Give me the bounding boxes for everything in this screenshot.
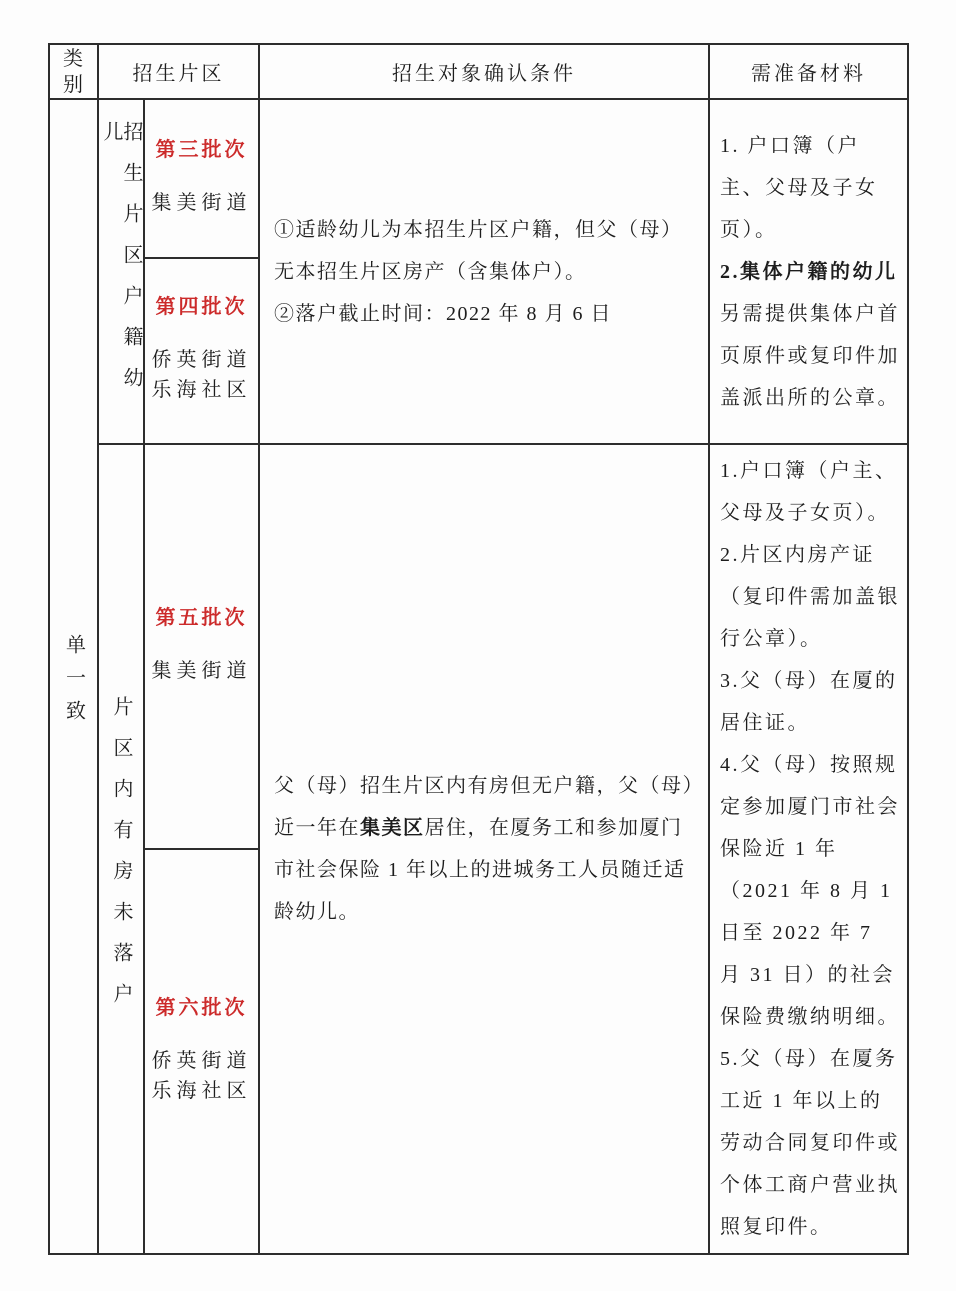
group2-batch2-cell: 第六批次 侨英街道乐海社区 [145,850,260,1255]
header-category-label: 类别 [62,46,85,98]
header-zone: 招生片区 [99,45,260,100]
group2-label-cell: 片区内有房未落户 [99,445,145,1255]
region-label: 侨英街道乐海社区 [152,1046,252,1106]
batch-label: 第六批次 [156,998,248,1018]
header-category: 类别 [50,45,99,100]
region-label: 侨英街道乐海社区 [152,345,252,405]
group1-label-cell: 招生片区户籍幼儿 [99,100,145,445]
group1-conditions-cell: ①适龄幼儿为本招生片区户籍，但父（母）无本招生片区房产（含集体户）。②落户截止时… [260,100,710,445]
header-materials-label: 需准备材料 [751,57,866,86]
region-label: 集美街道 [152,188,252,218]
group2-conditions-cell: 父（母）招生片区内有房但无户籍，父（母）近一年在集美区居住，在厦务工和参加厦门市… [260,445,710,1255]
batch-label: 第三批次 [156,140,248,160]
header-conditions-label: 招生对象确认条件 [392,57,576,86]
category-label: 单一致 [64,621,84,733]
group1-label: 招生片区户籍幼儿 [101,100,141,443]
group2-label: 片区内有房未落户 [111,675,131,1024]
group2-batch1-cell: 第五批次 集美街道 [145,445,260,850]
region-label: 集美街道 [152,656,252,686]
group1-materials-cell: 1. 户口簿（户主、父母及子女页）。2.集体户籍的幼儿另需提供集体户首页原件或复… [710,100,909,445]
batch-label: 第四批次 [156,297,248,317]
header-conditions: 招生对象确认条件 [260,45,710,100]
group1-batch2-cell: 第四批次 侨英街道乐海社区 [145,259,260,445]
group1-batch1-cell: 第三批次 集美街道 [145,100,260,259]
group2-materials-cell: 1.户口簿（户主、父母及子女页）。2.片区内房产证（复印件需加盖银行公章）。3.… [710,445,909,1255]
header-zone-label: 招生片区 [133,57,225,86]
document-page: 类别 招生片区 招生对象确认条件 需准备材料 单一致 招生片区户籍幼儿 第三批次… [0,0,956,1291]
category-cell: 单一致 [50,100,99,1255]
header-materials: 需准备材料 [710,45,909,100]
batch-label: 第五批次 [156,608,248,628]
enrollment-table: 类别 招生片区 招生对象确认条件 需准备材料 单一致 招生片区户籍幼儿 第三批次… [48,43,909,1255]
